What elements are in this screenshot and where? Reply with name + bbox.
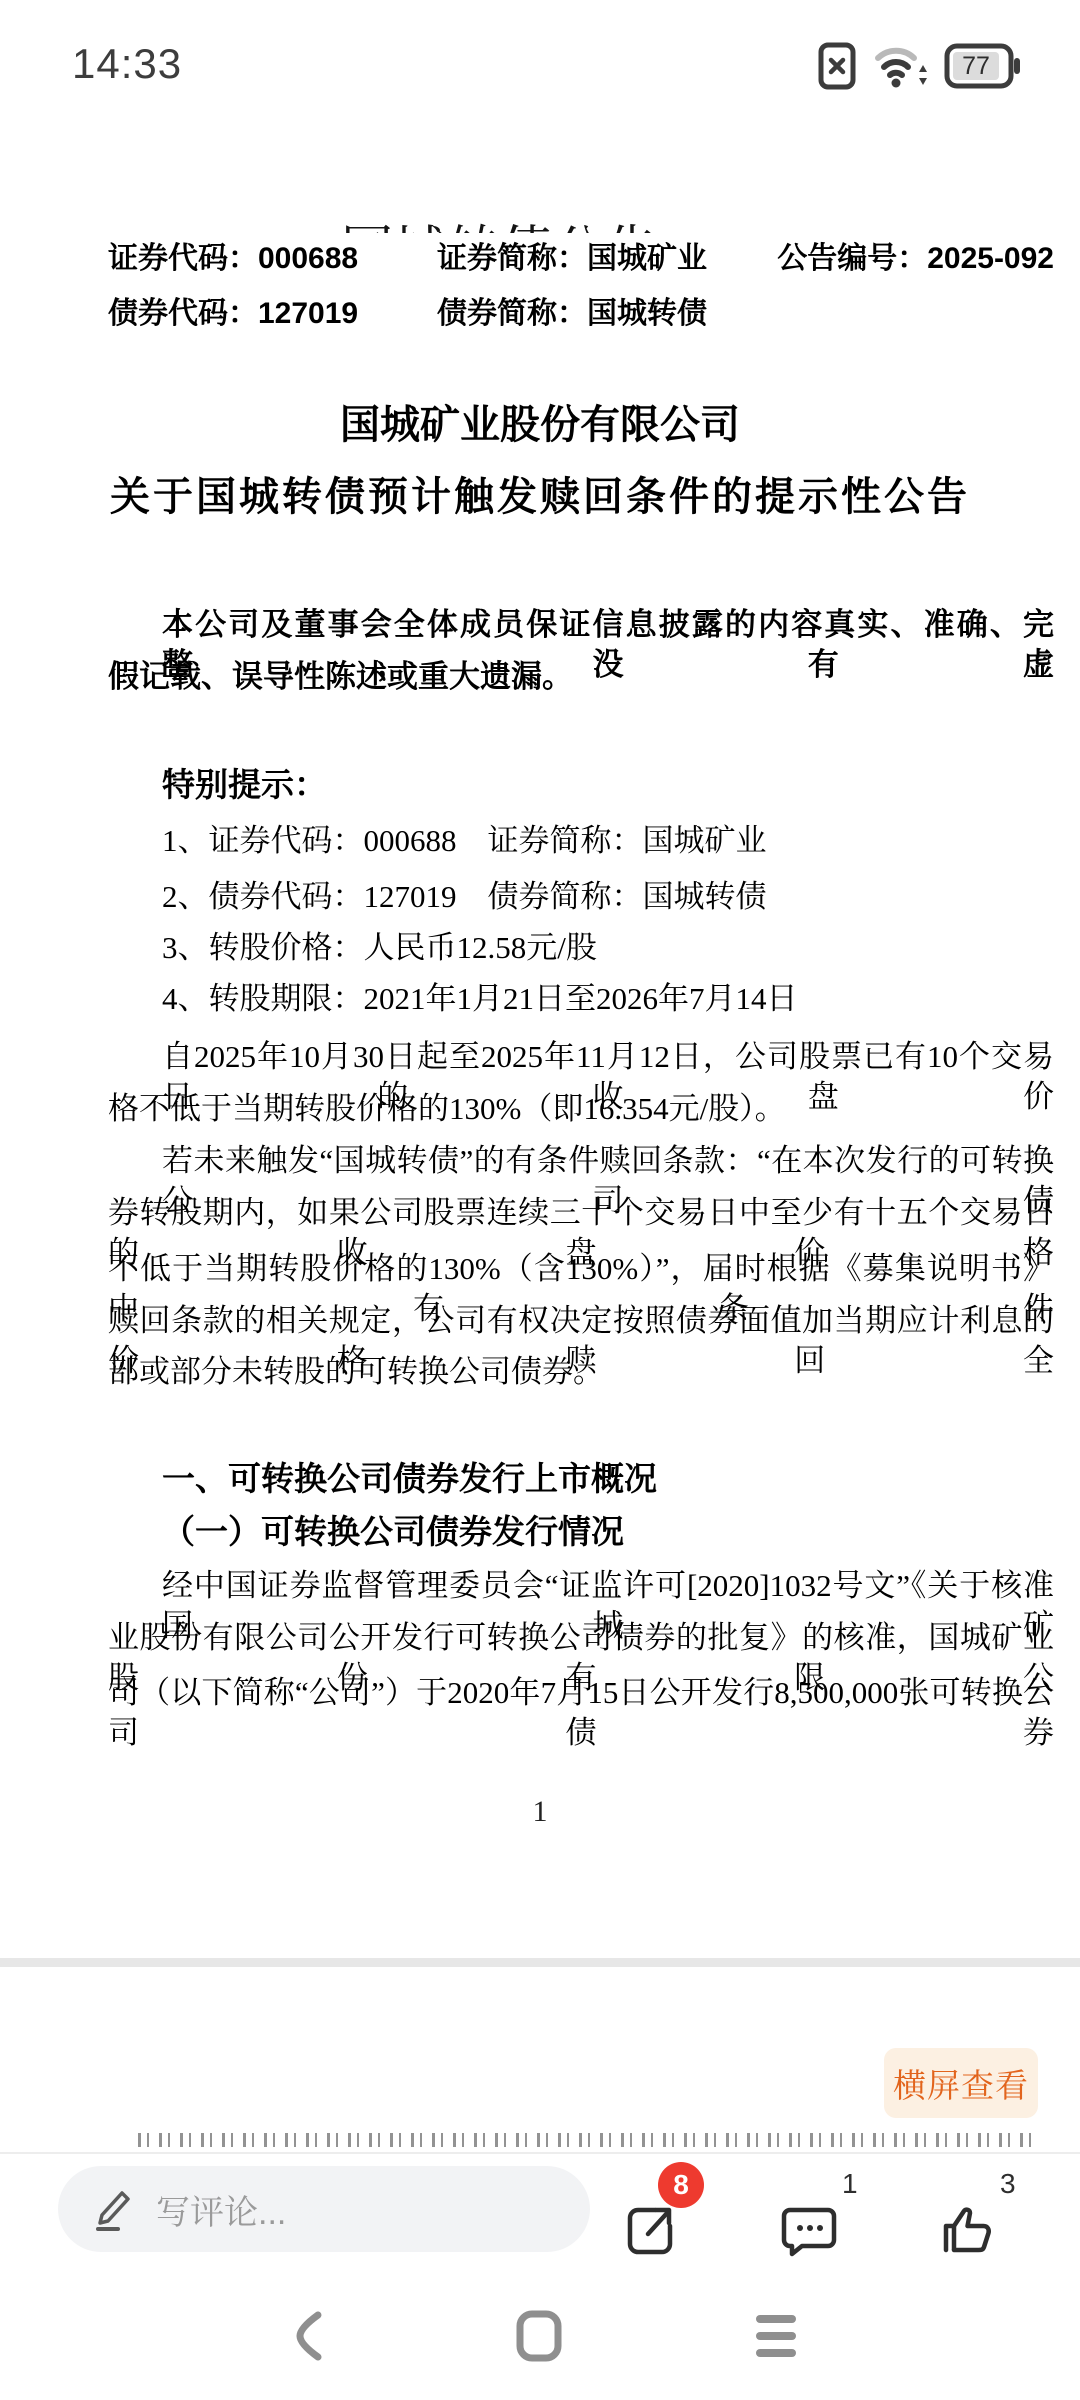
app-header: 东方 财富 国城转债公告 227.092 6.93% <box>0 100 1080 232</box>
like-count: 3 <box>1000 2168 1016 2200</box>
announcement-page-1[interactable]: 证券代码：000688 证券简称：国城矿业 公告编号：2025-092 债券代码… <box>0 233 1080 1958</box>
clock: 14:33 <box>72 40 182 88</box>
comment-count: 1 <box>842 2168 858 2200</box>
clipped-text-line <box>138 2133 1038 2147</box>
pencil-icon <box>92 2185 136 2233</box>
share-badge: 8 <box>658 2162 704 2208</box>
tip-item: 1、证券代码：000688 证券简称：国城矿业 <box>162 821 1080 861</box>
tip-item: 3、转股价格：人民币12.58元/股 <box>162 928 1080 968</box>
system-nav-bar <box>0 2286 1080 2400</box>
nav-home-icon[interactable] <box>514 2310 564 2362</box>
wifi-icon <box>872 42 928 90</box>
comment-icon[interactable] <box>780 2200 836 2260</box>
section-heading: 一、可转换公司债券发行上市概况 <box>162 1459 1080 1499</box>
doc-title-subject: 关于国城转债预计触发赎回条件的提示性公告 <box>0 465 1080 522</box>
battery-level: 77 <box>953 52 999 80</box>
nav-recents-icon[interactable] <box>752 2310 800 2362</box>
no-sim-icon <box>818 42 856 90</box>
nav-back-icon[interactable] <box>288 2310 328 2362</box>
page-gap-divider <box>0 1958 1080 1967</box>
declaration-line: 假记载、误导性陈述或重大遗漏。 <box>108 657 1054 697</box>
page-number: 1 <box>0 1795 1080 1829</box>
tip-item: 2、债券代码：127019 债券简称：国城转债 <box>162 877 1080 917</box>
special-tip-heading: 特别提示： <box>162 765 1080 805</box>
subsection-heading: （一）可转换公司债券发行情况 <box>162 1512 1080 1552</box>
battery-icon: 77 <box>944 43 1022 89</box>
share-icon[interactable] <box>622 2200 678 2260</box>
status-bar: 14:33 77 <box>0 0 1080 100</box>
comment-placeholder: 写评论... <box>156 2185 286 2234</box>
body-line: 部或部分未转股的可转换公司债券。 <box>108 1352 1054 1392</box>
like-icon[interactable] <box>938 2200 994 2260</box>
body-line: 格不低于当期转股价格的130%（即16.354元/股）。 <box>108 1089 1054 1129</box>
tip-item: 4、转股期限：2021年1月21日至2026年7月14日 <box>162 979 1080 1019</box>
comment-bar: 写评论... 8 1 3 <box>0 2152 1080 2288</box>
doc-title-company: 国城矿业股份有限公司 <box>0 393 1080 450</box>
body-line: 司（以下简称“公司”）于2020年7月15日公开发行8,500,000张可转换公… <box>108 1673 1054 1753</box>
landscape-view-button[interactable]: 横屏查看 <box>884 2048 1038 2118</box>
comment-input[interactable]: 写评论... <box>58 2166 590 2252</box>
